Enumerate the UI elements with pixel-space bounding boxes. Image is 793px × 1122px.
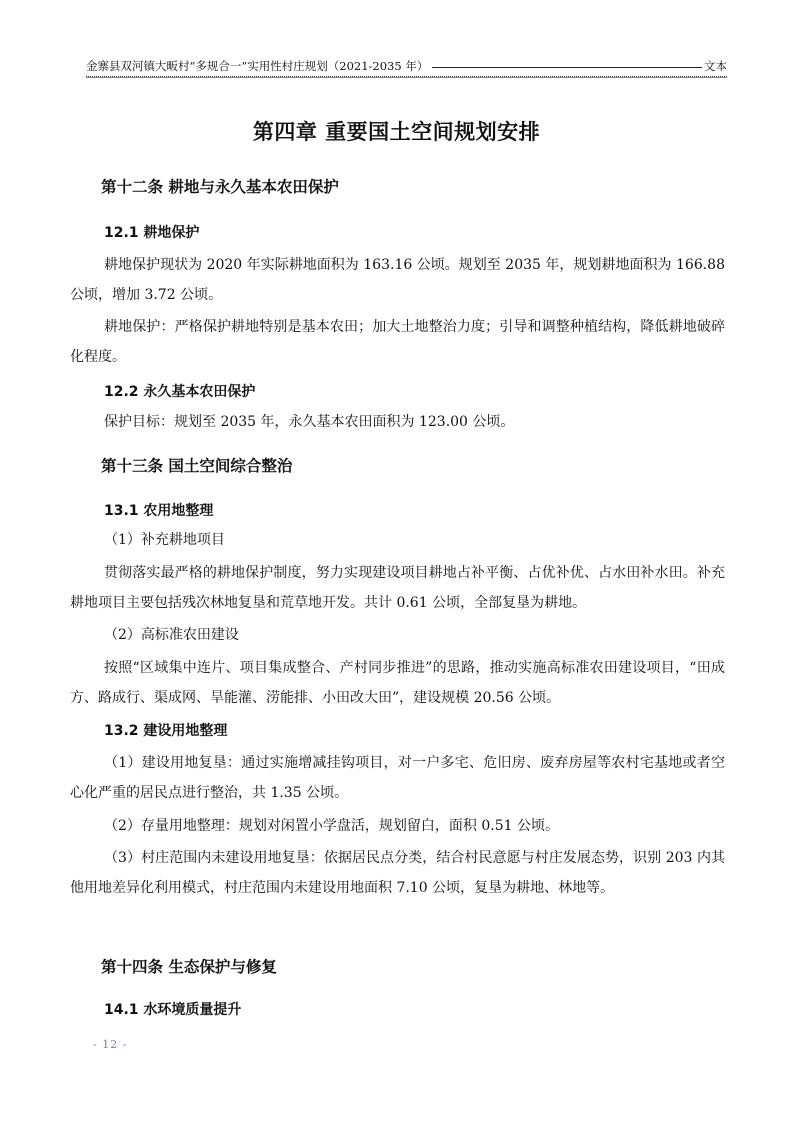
header-document-title: 金寨县双河镇大畈村“多规合一”实用性村庄规划（2021-2035 年） [86,57,428,75]
paragraph-subheading: （2）高标准农田建设 [70,620,725,650]
paragraph: （2）存量用地整理：规划对闲置小学盘活，规划留白，面积 0.51 公顷。 [70,811,725,841]
section-title-13-1: 13.1 农用地整理 [104,500,213,520]
paragraph: （1）建设用地复垦：通过实施增减挂钩项目，对一户多宅、危旧房、废弃房屋等农村宅基… [70,748,725,808]
running-header: 金寨县双河镇大畈村“多规合一”实用性村庄规划（2021-2035 年） 文本 [86,57,727,77]
paragraph: 保护目标：规划至 2035 年，永久基本农田面积为 123.00 公顷。 [70,407,725,437]
article-title-14: 第十四条 生态保护与修复 [101,955,277,977]
header-document-type: 文本 [704,57,727,75]
paragraph: （3）村庄范围内未建设用地复垦：依据居民点分类，结合村民意愿与村庄发展态势，识别… [70,843,725,903]
article-title-12: 第十二条 耕地与永久基本农田保护 [101,175,339,197]
paragraph-subheading: （1）补充耕地项目 [70,525,725,555]
header-dash-rule [432,67,702,68]
paragraph: 耕地保护：严格保护耕地特别是基本农田；加大土地整治力度；引导和调整种植结构，降低… [70,312,725,372]
article-title-13: 第十三条 国土空间综合整治 [101,454,292,476]
paragraph: 按照“区域集中连片、项目集成整合、产村同步推进”的思路，推动实施高标准农田建设项… [70,653,725,713]
chapter-title: 第四章 重要国土空间规划安排 [0,116,793,146]
section-title-14-1: 14.1 水环境质量提升 [104,999,241,1019]
paragraph: 贯彻落实最严格的耕地保护制度，努力实现建设项目耕地占补平衡、占优补优、占水田补水… [70,558,725,618]
section-title-13-2: 13.2 建设用地整理 [104,720,227,740]
page-number: - 12 - [93,1038,127,1051]
paragraph: 耕地保护现状为 2020 年实际耕地面积为 163.16 公顷。规划至 2035… [70,250,725,310]
section-title-12-1: 12.1 耕地保护 [104,222,199,242]
section-title-12-2: 12.2 永久基本农田保护 [104,381,255,401]
